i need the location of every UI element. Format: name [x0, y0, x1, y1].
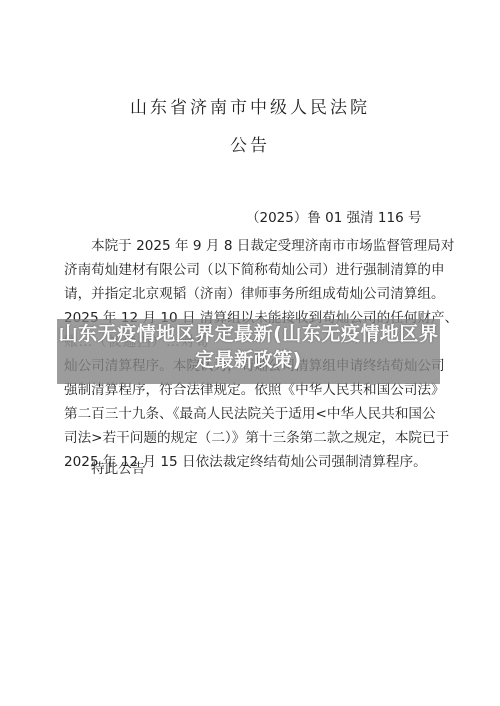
body-line: 司法>若干问题的规定（二）》第十三条第二款之规定，本院已于 — [64, 426, 448, 450]
body-line: 第二百三十九条、《最高人民法院关于适用<中华人民共和国公 — [64, 402, 448, 426]
closing-statement: 特此公告 — [91, 457, 145, 477]
body-line: 本院于 2025 年 9 月 8 日裁定受理济南市市场监督管理局对 — [64, 234, 448, 258]
case-number: （2025）鲁 01 强清 116 号 — [246, 206, 421, 226]
overlay-title: 山东无疫情地区界定最新(山东无疫情地区界定最新政策) — [57, 321, 440, 373]
body-line: 请，并指定北京观韬（济南）律师事务所组成荀灿公司清算组。 — [64, 282, 448, 306]
document-type-heading: 公告 — [0, 131, 500, 156]
body-line: 济南荀灿建材有限公司（以下简称荀灿公司）进行强制清算的申 — [64, 258, 448, 282]
court-name-heading: 山东省济南市中级人民法院 — [0, 93, 500, 118]
